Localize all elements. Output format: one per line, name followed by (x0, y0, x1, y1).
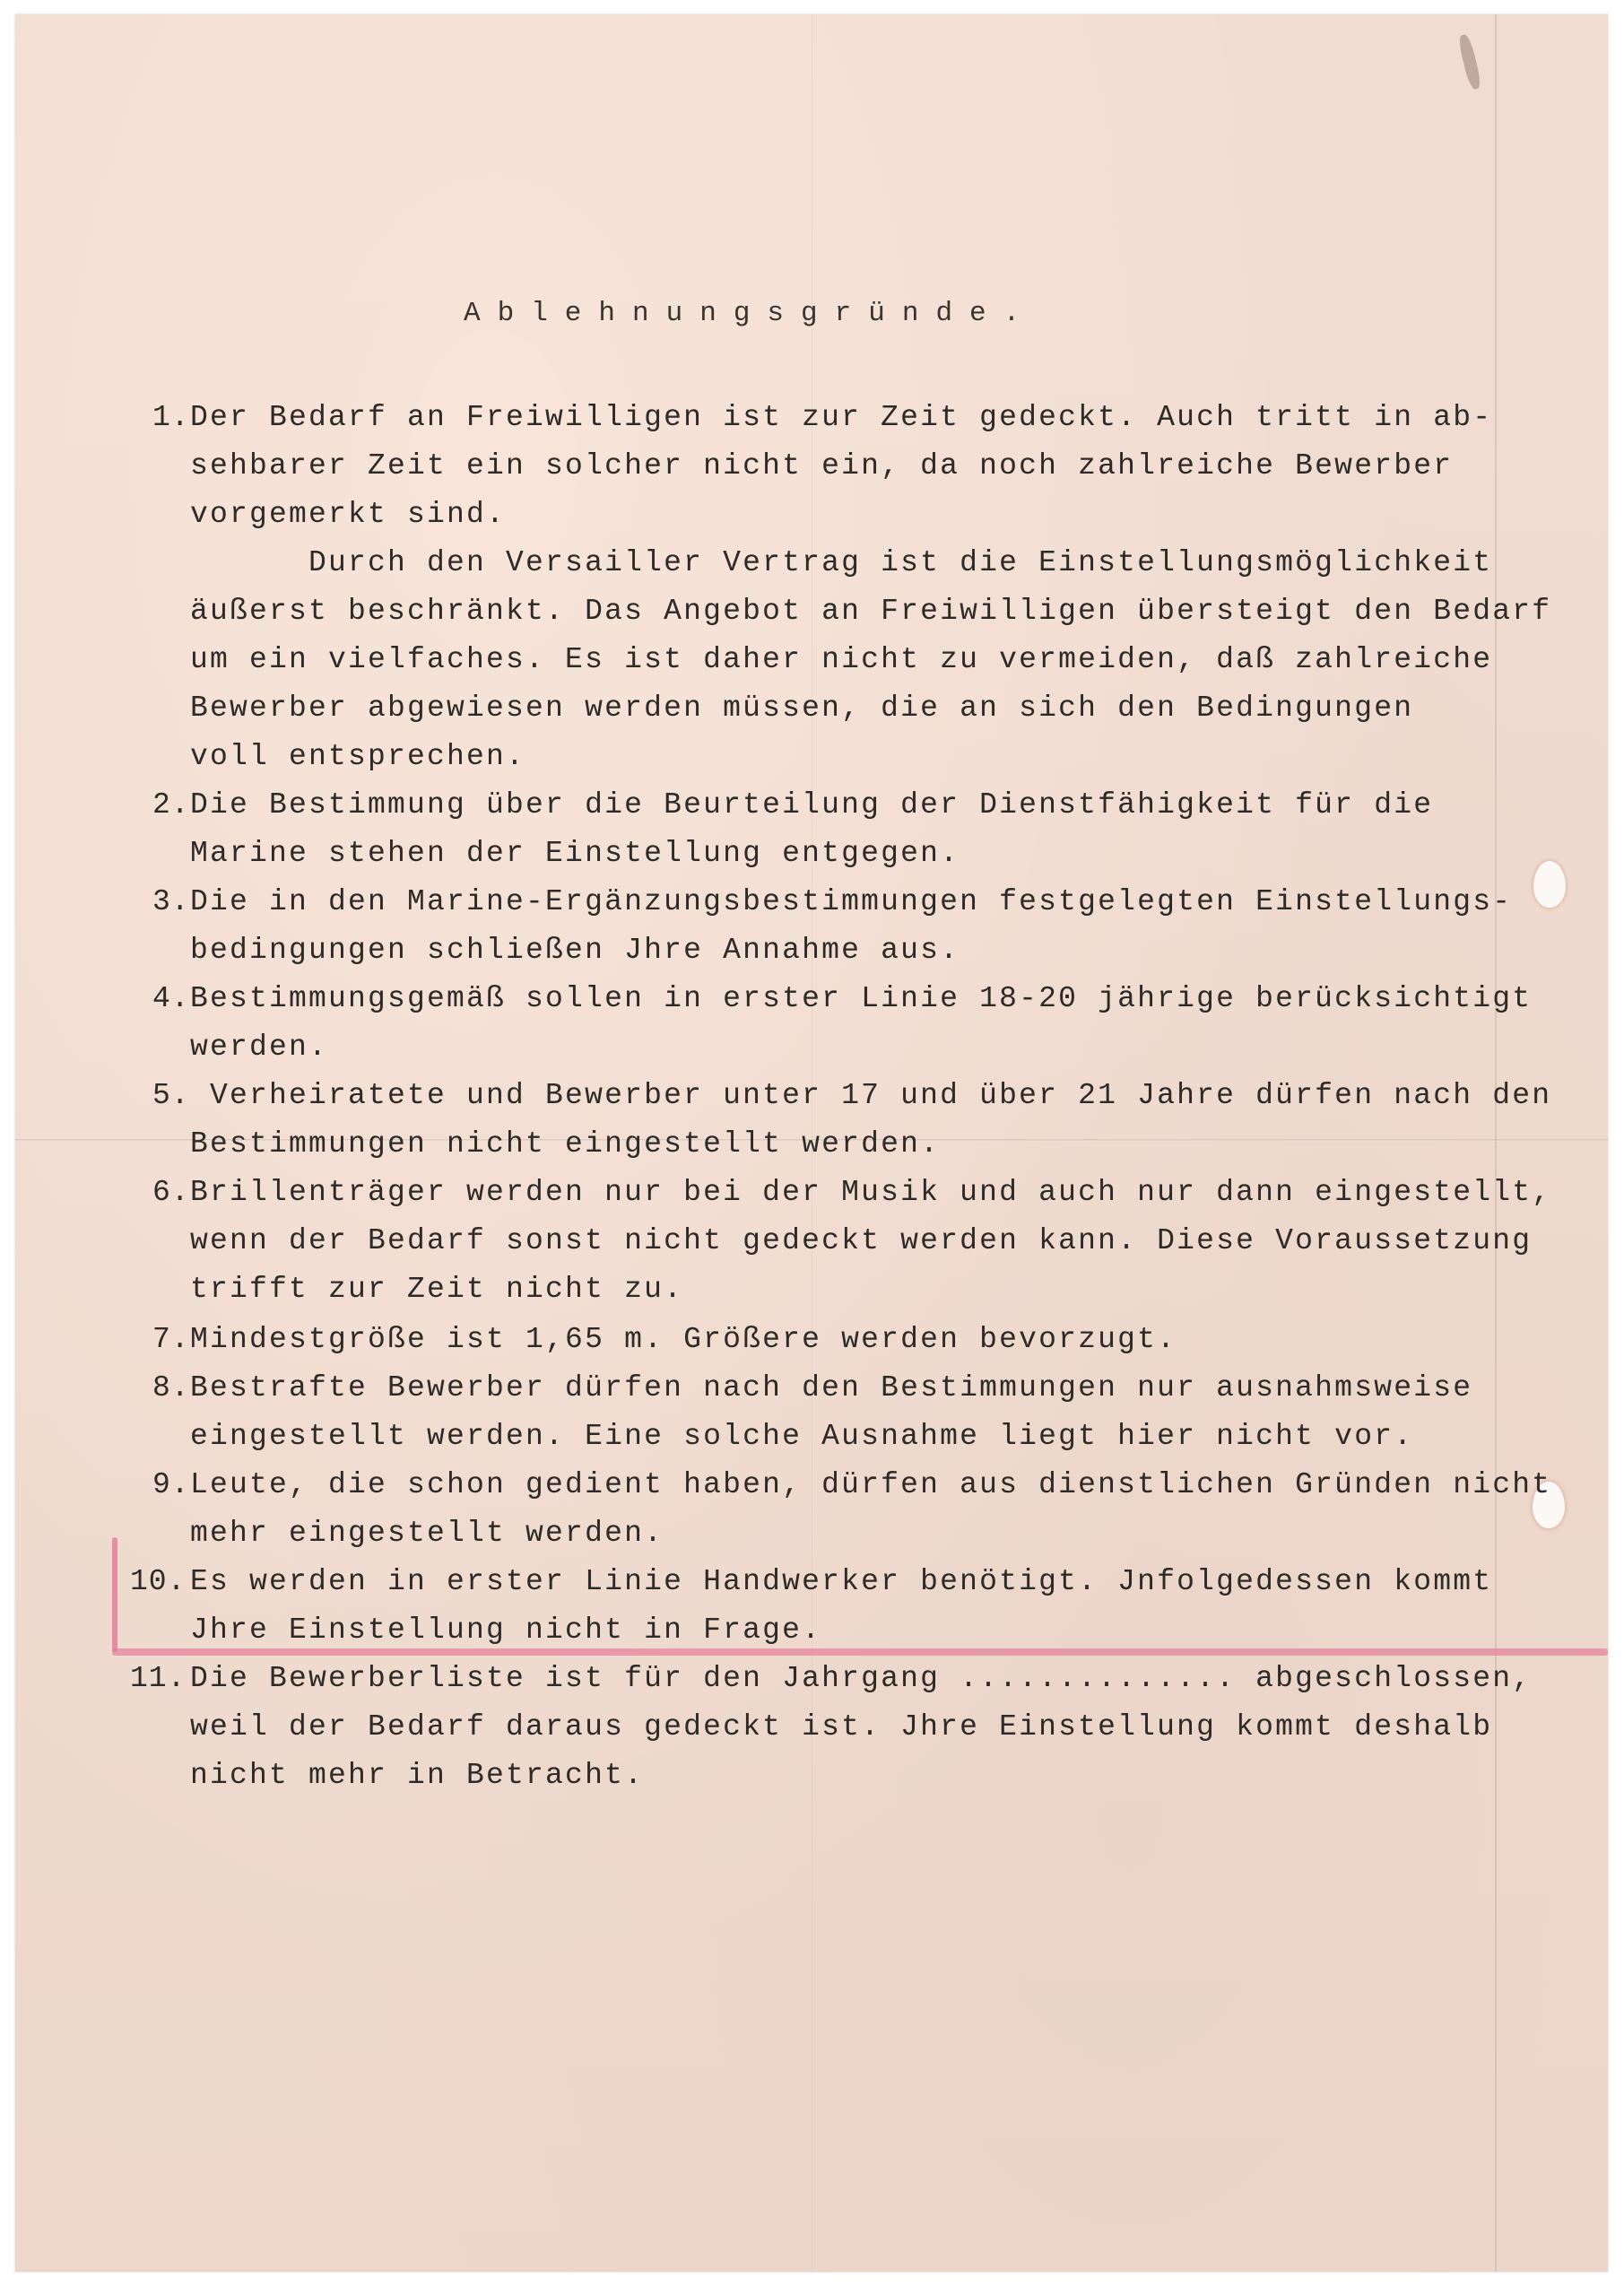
red-pencil-mark-vertical (112, 1537, 117, 1652)
item-line: trifft zur Zeit nicht zu. (190, 1272, 683, 1308)
item-number: 8. (152, 1370, 190, 1406)
item-line: Marine stehen der Einstellung entgegen. (190, 836, 960, 872)
item-number: 2. (152, 787, 190, 823)
item-line: Leute, die schon gedient haben, dürfen a… (190, 1467, 1551, 1503)
item-number: 11. (130, 1661, 186, 1697)
item-number: 4. (152, 981, 190, 1017)
item-line: eingestellt werden. Eine solche Ausnahme… (190, 1419, 1413, 1455)
item-line: nicht mehr in Betracht. (190, 1758, 644, 1794)
item-line: Bestimmungsgemäß sollen in erster Linie … (190, 981, 1532, 1017)
item-number: 10. (130, 1564, 186, 1600)
item-line: äußerst beschränkt. Das Angebot an Freiw… (190, 594, 1551, 630)
item-line: Durch den Versailler Vertrag ist die Ein… (190, 545, 1492, 581)
item-line: sehbarer Zeit ein solcher nicht ein, da … (190, 448, 1453, 484)
item-number: 6. (152, 1175, 190, 1211)
item-line: Brillenträger werden nur bei der Musik u… (190, 1175, 1551, 1211)
item-line: weil der Bedarf daraus gedeckt ist. Jhre… (190, 1709, 1492, 1745)
item-number: 3. (152, 884, 190, 920)
item-line: Bewerber abgewiesen werden müssen, die a… (190, 691, 1413, 726)
item-line: Die Bestimmung über die Beurteilung der … (190, 787, 1433, 823)
document-page: Ablehnungsgründe. 1. Der Bedarf an Freiw… (15, 14, 1608, 2272)
item-line: Bestrafte Bewerber dürfen nach den Besti… (190, 1370, 1472, 1406)
item-line: Der Bedarf an Freiwilligen ist zur Zeit … (190, 400, 1492, 436)
item-line: bedingungen schließen Jhre Annahme aus. (190, 933, 960, 969)
item-line: vorgemerkt sind. (190, 497, 506, 533)
item-line: wenn der Bedarf sonst nicht gedeckt werd… (190, 1223, 1532, 1259)
item-number: 1. (152, 400, 190, 436)
reasons-list: 1. Der Bedarf an Freiwilligen ist zur Ze… (15, 14, 1608, 2272)
item-number: 7. (152, 1322, 190, 1358)
item-line: Es werden in erster Linie Handwerker ben… (190, 1564, 1492, 1600)
item-line: Bestimmungen nicht eingestellt werden. (190, 1126, 940, 1162)
item-line: Jhre Einstellung nicht in Frage. (190, 1613, 821, 1648)
item-line: Die in den Marine-Ergänzungsbestimmungen… (190, 884, 1512, 920)
item-line: werden. (190, 1030, 328, 1065)
item-line: Die Bewerberliste ist für den Jahrgang .… (190, 1661, 1532, 1697)
item-line: Mindestgröße ist 1,65 m. Größere werden … (190, 1322, 1177, 1358)
item-number: 9. (152, 1467, 190, 1503)
red-pencil-mark-underline (112, 1648, 1608, 1656)
item-number: 5. (152, 1078, 190, 1114)
item-line: Verheiratete und Bewerber unter 17 und ü… (190, 1078, 1551, 1114)
item-line: mehr eingestellt werden. (190, 1516, 664, 1552)
item-line: um ein vielfaches. Es ist daher nicht zu… (190, 642, 1492, 678)
item-line: voll entsprechen. (190, 739, 525, 775)
